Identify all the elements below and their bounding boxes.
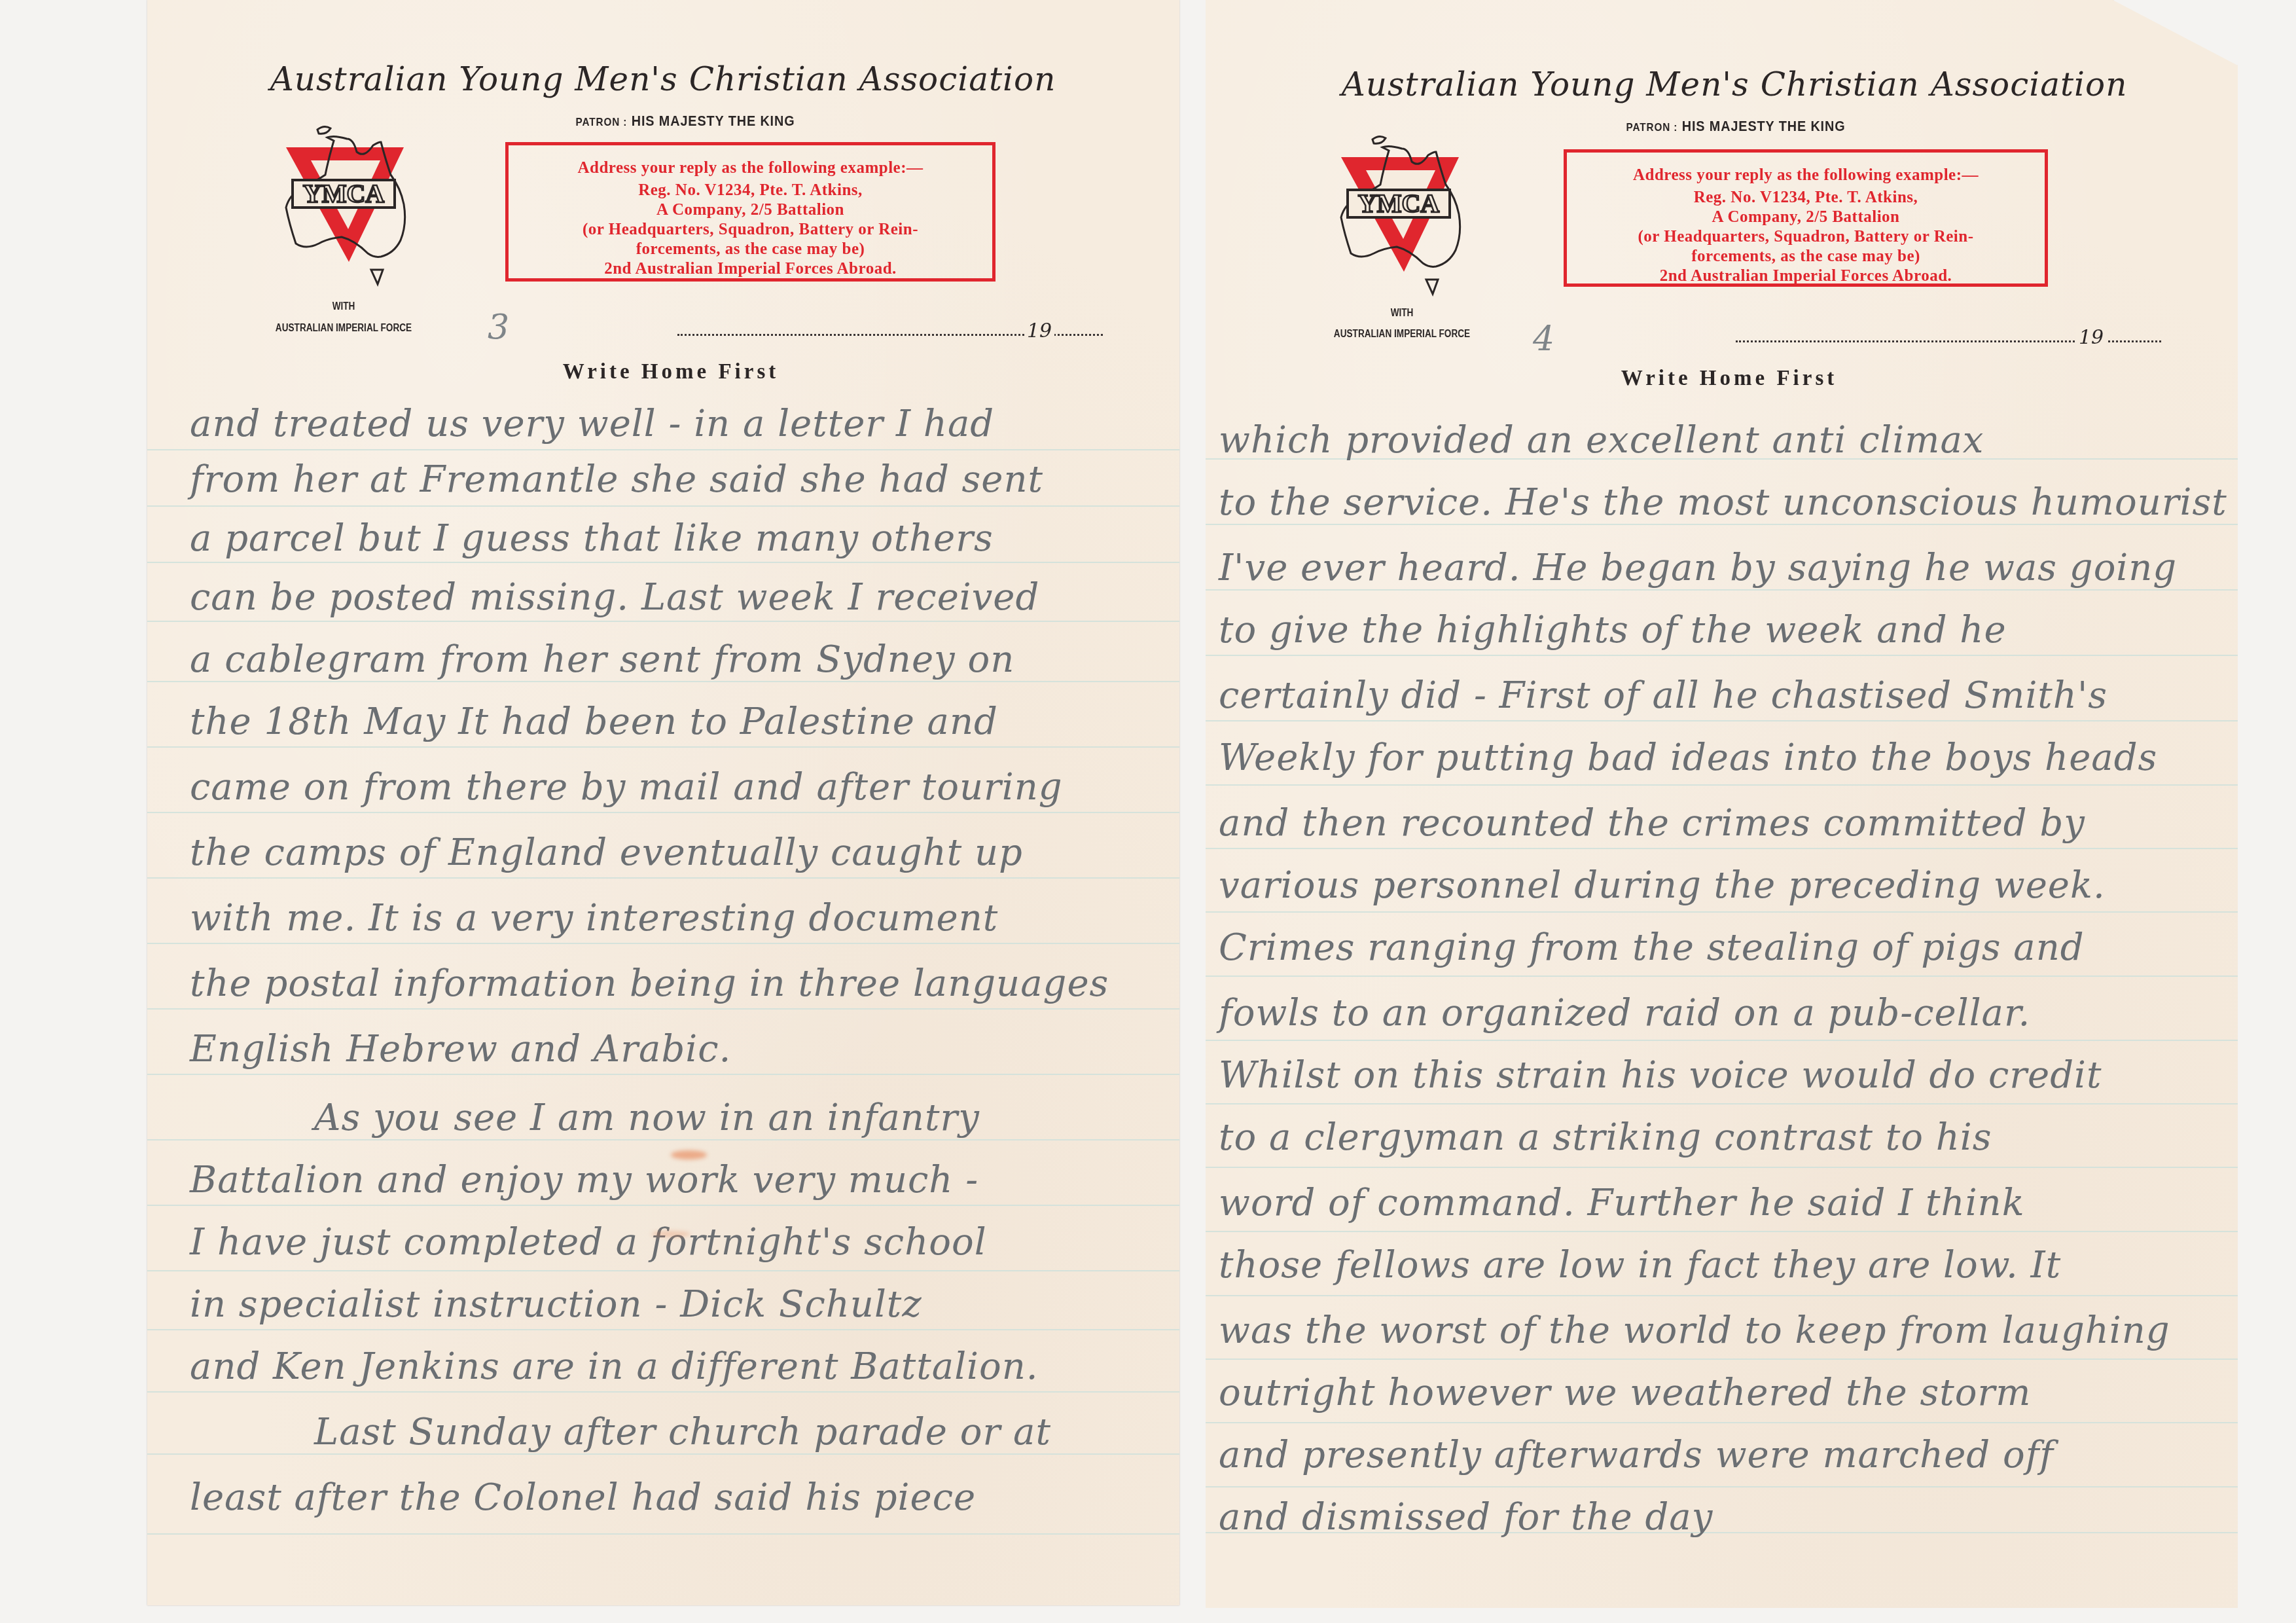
handwritten-line: Crimes ranging from the stealing of pigs… — [1219, 926, 2085, 969]
patron-label: PATRON : — [575, 116, 627, 128]
address-heading: Address your reply as the following exam… — [509, 158, 992, 178]
ymca-australia-logo-icon: YMCA — [265, 124, 422, 295]
ruled-line — [1206, 1295, 2238, 1296]
page-number: 4 — [1533, 319, 1554, 359]
with-label: WITH — [1391, 308, 1414, 319]
handwritten-line: certainly did - First of all he chastise… — [1219, 674, 2108, 717]
handwritten-line: and dismissed for the day — [1219, 1496, 1713, 1539]
ruled-line — [1206, 911, 2238, 913]
handwritten-line: As you see I am now in an infantry — [314, 1097, 980, 1139]
svg-text:YMCA: YMCA — [303, 179, 385, 208]
organisation-title: Australian Young Men's Christian Associa… — [1342, 65, 2128, 103]
ruled-line — [147, 1008, 1179, 1010]
ruled-line — [147, 621, 1179, 622]
handwritten-line: outright however we weathered the storm — [1219, 1372, 2031, 1414]
ruled-line — [147, 1329, 1179, 1330]
date-year-prefix: 19 — [2076, 326, 2106, 349]
patron-line: PATRON : HIS MAJESTY THE KING — [1626, 118, 1845, 135]
address-line: Reg. No. V1234, Pte. T. Atkins, — [509, 181, 992, 200]
letter-page-4: Australian Young Men's Christian Associa… — [1206, 0, 2238, 1608]
ruled-line — [147, 562, 1179, 563]
force-label: AUSTRALIAN IMPERIAL FORCE — [276, 323, 412, 335]
ymca-australia-logo-icon: YMCA — [1320, 134, 1477, 304]
ruled-line — [147, 681, 1179, 682]
organisation-title: Australian Young Men's Christian Associa… — [270, 60, 1056, 98]
handwritten-line: and Ken Jenkins are in a different Batta… — [190, 1345, 1039, 1388]
handwritten-line: the camps of England eventually caught u… — [190, 831, 1023, 874]
address-line: forcements, as the case may be) — [1567, 247, 2045, 266]
force-label: AUSTRALIAN IMPERIAL FORCE — [1334, 329, 1470, 340]
ruled-line — [1206, 1231, 2238, 1232]
address-line: 2nd Australian Imperial Forces Abroad. — [509, 259, 992, 279]
ruled-line — [147, 1139, 1179, 1140]
ruled-line — [1206, 720, 2238, 721]
handwritten-line: came on from there by mail and after tou… — [190, 766, 1063, 809]
ruled-line — [1206, 589, 2238, 591]
handwritten-line: and treated us very well - in a letter I… — [190, 403, 994, 445]
ruled-line — [147, 877, 1179, 879]
address-example-box: Address your reply as the following exam… — [505, 142, 996, 282]
rust-stain — [671, 1150, 707, 1159]
handwritten-line: to give the highlights of the week and h… — [1219, 609, 2007, 651]
handwritten-line: word of command. Further he said I think — [1219, 1182, 2025, 1224]
handwritten-line: Weekly for putting bad ideas into the bo… — [1219, 737, 2157, 779]
ruled-line — [1206, 524, 2238, 525]
handwritten-line: a cablegram from her sent from Sydney on — [190, 638, 1014, 681]
address-line: forcements, as the case may be) — [509, 240, 992, 259]
ruled-line — [147, 1270, 1179, 1271]
address-heading: Address your reply as the following exam… — [1567, 166, 2045, 185]
motto: Write Home First — [563, 360, 779, 384]
handwritten-line: Battalion and enjoy my work very much - — [190, 1159, 978, 1201]
rust-stain — [651, 1231, 691, 1237]
ruled-line — [1206, 1167, 2238, 1168]
with-label: WITH — [332, 301, 355, 313]
handwritten-line: Last Sunday after church parade or at — [314, 1411, 1051, 1453]
handwritten-line: was the worst of the world to keep from … — [1219, 1309, 2170, 1352]
address-line: A Company, 2/5 Battalion — [1567, 208, 2045, 227]
svg-text:YMCA: YMCA — [1358, 189, 1440, 218]
handwritten-line: and then recounted the crimes committed … — [1219, 802, 2085, 845]
handwritten-line: from her at Fremantle she said she had s… — [190, 458, 1043, 501]
handwritten-line: to the service. He's the most unconsciou… — [1219, 481, 2227, 524]
handwritten-line: I have just completed a fortnight's scho… — [190, 1221, 987, 1264]
handwritten-line: I've ever heard. He began by saying he w… — [1219, 547, 2177, 589]
ruled-line — [1206, 848, 2238, 849]
handwritten-line: the 18th May It had been to Palestine an… — [190, 701, 998, 743]
handwritten-line: with me. It is a very interesting docume… — [190, 897, 998, 939]
patron-value: HIS MAJESTY THE KING — [1682, 118, 1846, 134]
handwritten-line: to a clergyman a striking contrast to hi… — [1219, 1116, 1992, 1159]
patron-label: PATRON : — [1626, 121, 1677, 134]
ruled-line — [147, 1391, 1179, 1393]
patron-line: PATRON : HIS MAJESTY THE KING — [575, 113, 795, 130]
ruled-line — [147, 746, 1179, 748]
date-year-prefix: 19 — [1024, 319, 1054, 342]
letter-page-3: Australian Young Men's Christian Associa… — [147, 0, 1179, 1605]
ruled-line — [147, 1205, 1179, 1206]
address-line: Reg. No. V1234, Pte. T. Atkins, — [1567, 188, 2045, 208]
ruled-line — [1206, 1359, 2238, 1360]
ruled-line — [1206, 784, 2238, 786]
ruled-line — [147, 1453, 1179, 1455]
handwritten-line: various personnel during the preceding w… — [1219, 864, 2106, 907]
address-example-box: Address your reply as the following exam… — [1564, 149, 2048, 287]
handwritten-line: those fellows are low in fact they are l… — [1219, 1244, 2061, 1286]
address-line: (or Headquarters, Squadron, Battery or R… — [1567, 227, 2045, 247]
page-number: 3 — [488, 308, 509, 347]
ruled-line — [1206, 1040, 2238, 1041]
ruled-line — [147, 1533, 1179, 1535]
ruled-line — [147, 943, 1179, 944]
handwritten-line: least after the Colonel had said his pie… — [190, 1476, 976, 1519]
ruled-line — [147, 1074, 1179, 1075]
handwritten-line: Whilst on this strain his voice would do… — [1219, 1054, 2102, 1097]
handwritten-line: and presently afterwards were marched of… — [1219, 1434, 2054, 1476]
ruled-line — [1206, 1103, 2238, 1104]
handwritten-line: the postal information being in three la… — [190, 962, 1109, 1005]
handwritten-line: can be posted missing. Last week I recei… — [190, 576, 1039, 619]
ruled-line — [147, 505, 1179, 507]
motto: Write Home First — [1621, 367, 1837, 391]
ruled-line — [1206, 1422, 2238, 1423]
patron-value: HIS MAJESTY THE KING — [632, 113, 795, 129]
handwritten-line: a parcel but I guess that like many othe… — [190, 517, 994, 560]
handwritten-line: fowls to an organized raid on a pub-cell… — [1219, 992, 2030, 1034]
handwritten-line: English Hebrew and Arabic. — [190, 1028, 731, 1070]
address-line: 2nd Australian Imperial Forces Abroad. — [1567, 266, 2045, 286]
address-line: (or Headquarters, Squadron, Battery or R… — [509, 220, 992, 240]
address-line: A Company, 2/5 Battalion — [509, 200, 992, 220]
handwritten-line: which provided an excellent anti climax — [1219, 419, 1984, 462]
ruled-line — [1206, 1486, 2238, 1487]
ruled-line — [1206, 976, 2238, 977]
ruled-line — [1206, 655, 2238, 656]
ruled-line — [147, 449, 1179, 450]
handwritten-line: in specialist instruction - Dick Schultz — [190, 1283, 922, 1326]
ruled-line — [147, 812, 1179, 813]
